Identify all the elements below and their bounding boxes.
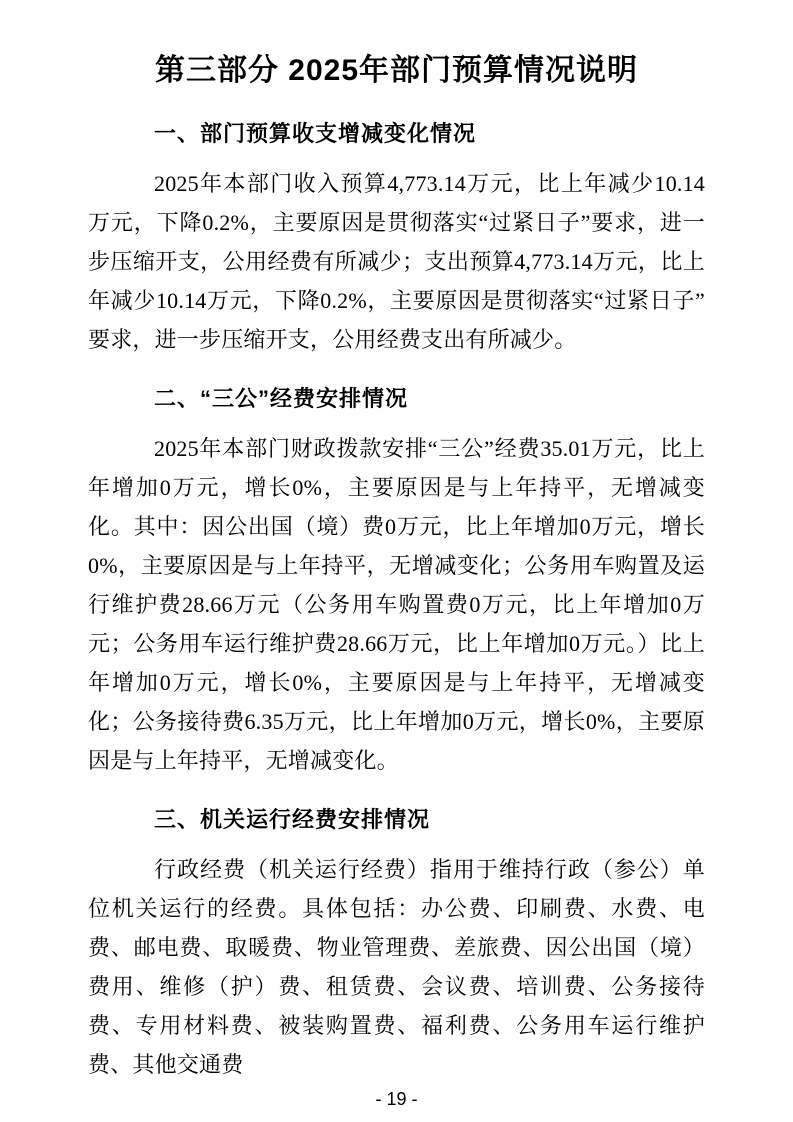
section-1-paragraph: 2025年本部门收入预算4,773.14万元，比上年减少10.14万元，下降0.… (88, 164, 705, 359)
page-title: 第三部分 2025年部门预算情况说明 (88, 50, 705, 92)
section-2-heading: 二、“三公”经费安排情况 (154, 385, 705, 413)
section-1-heading: 一、部门预算收支增减变化情况 (154, 120, 705, 148)
section-3-heading: 三、机关运行经费安排情况 (154, 806, 705, 834)
section-budget-revenue-expenditure-changes: 一、部门预算收支增减变化情况 2025年本部门收入预算4,773.14万元，比上… (88, 120, 705, 359)
section-3-paragraph: 行政经费（机关运行经费）指用于维持行政（参公）单位机关运行的经费。具体包括：办公… (88, 850, 705, 1084)
section-agency-operating-expenses: 三、机关运行经费安排情况 行政经费（机关运行经费）指用于维持行政（参公）单位机关… (88, 806, 705, 1084)
page-number: - 19 - (0, 1089, 793, 1110)
document-page: 第三部分 2025年部门预算情况说明 一、部门预算收支增减变化情况 2025年本… (0, 0, 793, 1122)
section-three-public-expenses: 二、“三公”经费安排情况 2025年本部门财政拨款安排“三公”经费35.01万元… (88, 385, 705, 780)
section-2-paragraph: 2025年本部门财政拨款安排“三公”经费35.01万元，比上年增加0万元，增长0… (88, 429, 705, 780)
